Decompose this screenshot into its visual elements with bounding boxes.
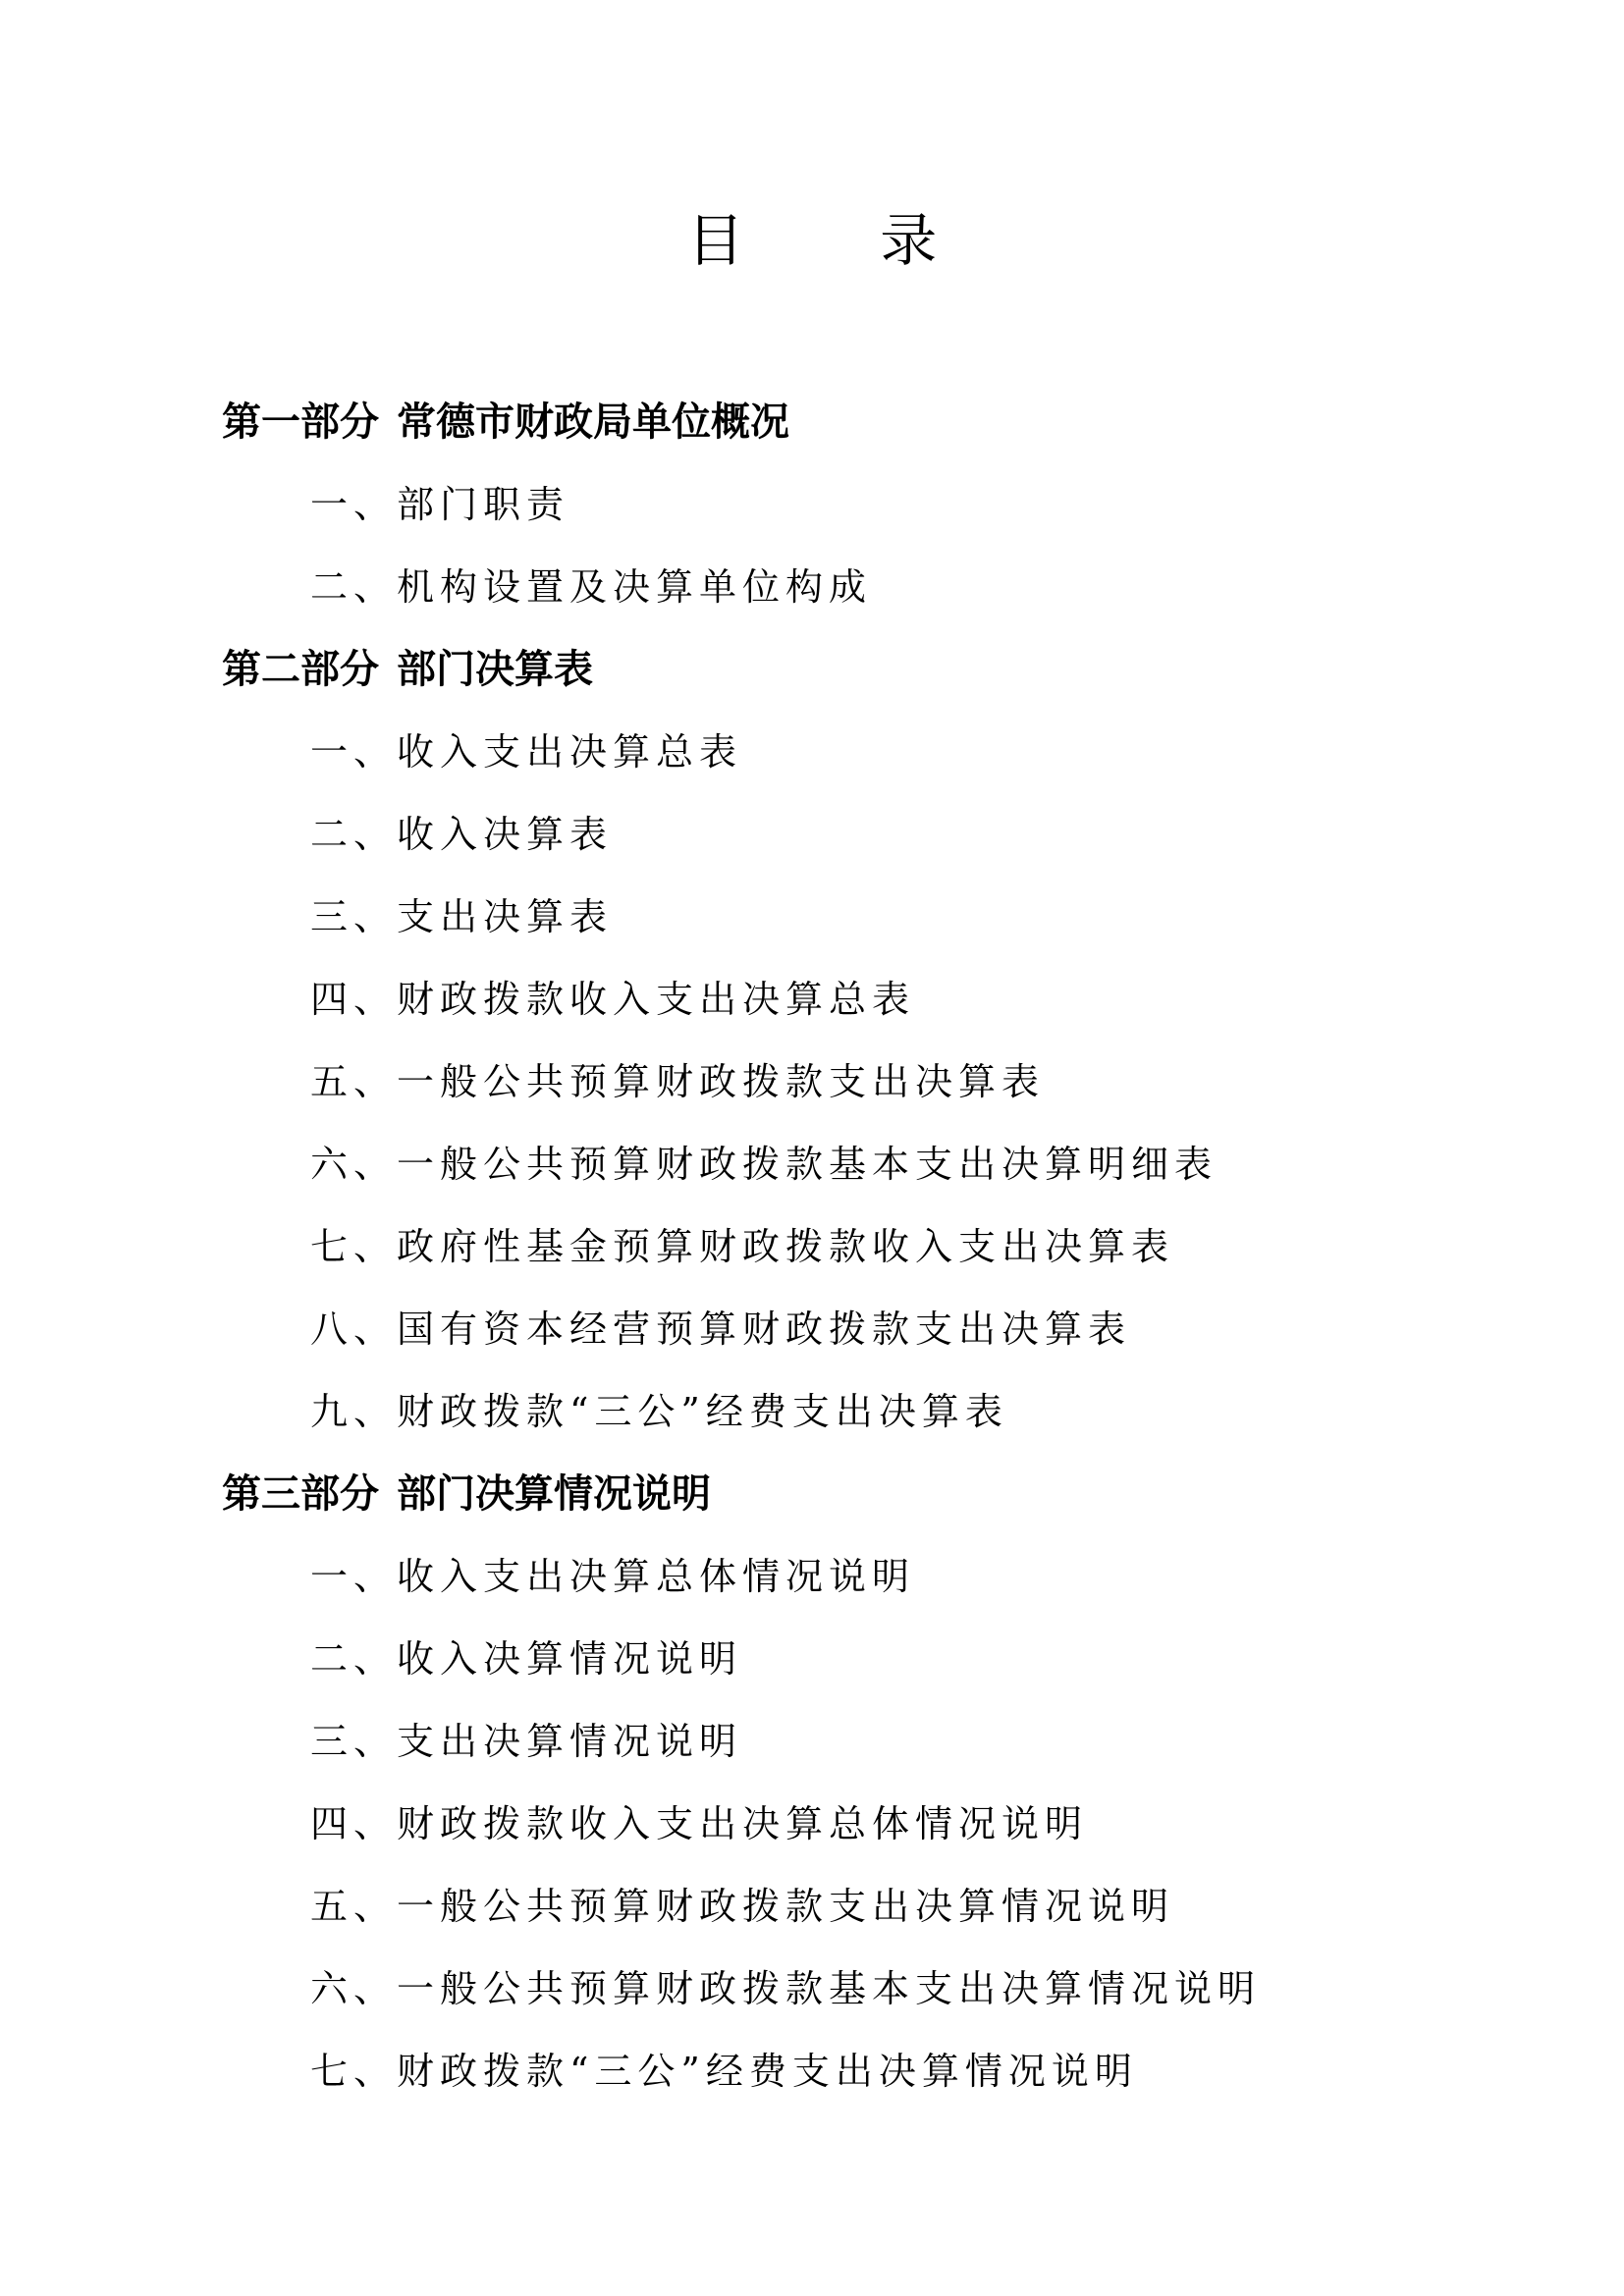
toc-item[interactable]: 一、收入支出决算总表 xyxy=(222,711,1498,793)
part-name: 部门决算表 xyxy=(397,647,593,692)
toc-item[interactable]: 七、政府性基金预算财政拨款收入支出决算表 xyxy=(222,1205,1498,1288)
toc-part-3[interactable]: 第三部分部门决算情况说明 xyxy=(222,1453,1498,1535)
toc-item[interactable]: 二、收入决算情况说明 xyxy=(222,1618,1498,1700)
toc-item[interactable]: 一、部门职责 xyxy=(222,463,1498,546)
toc-part-2[interactable]: 第二部分部门决算表 xyxy=(222,628,1498,711)
toc-item[interactable]: 五、一般公共预算财政拨款支出决算表 xyxy=(222,1041,1498,1123)
toc-item[interactable]: 九、财政拨款“三公”经费支出决算表 xyxy=(222,1370,1498,1453)
part-name: 部门决算情况说明 xyxy=(397,1471,711,1517)
toc-item[interactable]: 一、收入支出决算总体情况说明 xyxy=(222,1535,1498,1618)
toc-item[interactable]: 三、支出决算情况说明 xyxy=(222,1700,1498,1783)
page-title: 目 录 xyxy=(0,201,1624,280)
toc-item[interactable]: 二、收入决算表 xyxy=(222,793,1498,876)
toc-item[interactable]: 三、支出决算表 xyxy=(222,876,1498,958)
part-label: 第一部分 xyxy=(222,400,379,445)
toc-item[interactable]: 五、一般公共预算财政拨款支出决算情况说明 xyxy=(222,1865,1498,1948)
toc-part-1[interactable]: 第一部分常德市财政局单位概况 xyxy=(222,381,1498,463)
part-label: 第三部分 xyxy=(222,1471,379,1517)
part-name: 常德市财政局单位概况 xyxy=(397,400,789,445)
toc-item[interactable]: 七、财政拨款“三公”经费支出决算情况说明 xyxy=(222,2030,1498,2112)
toc-item[interactable]: 六、一般公共预算财政拨款基本支出决算情况说明 xyxy=(222,1948,1498,2030)
toc-item[interactable]: 八、国有资本经营预算财政拨款支出决算表 xyxy=(222,1288,1498,1370)
toc-item[interactable]: 六、一般公共预算财政拨款基本支出决算明细表 xyxy=(222,1123,1498,1205)
toc-item[interactable]: 四、财政拨款收入支出决算总表 xyxy=(222,958,1498,1041)
toc-item[interactable]: 二、机构设置及决算单位构成 xyxy=(222,546,1498,628)
part-label: 第二部分 xyxy=(222,647,379,692)
toc-item[interactable]: 四、财政拨款收入支出决算总体情况说明 xyxy=(222,1783,1498,1865)
table-of-contents: 第一部分常德市财政局单位概况 一、部门职责 二、机构设置及决算单位构成 第二部分… xyxy=(222,381,1498,2112)
